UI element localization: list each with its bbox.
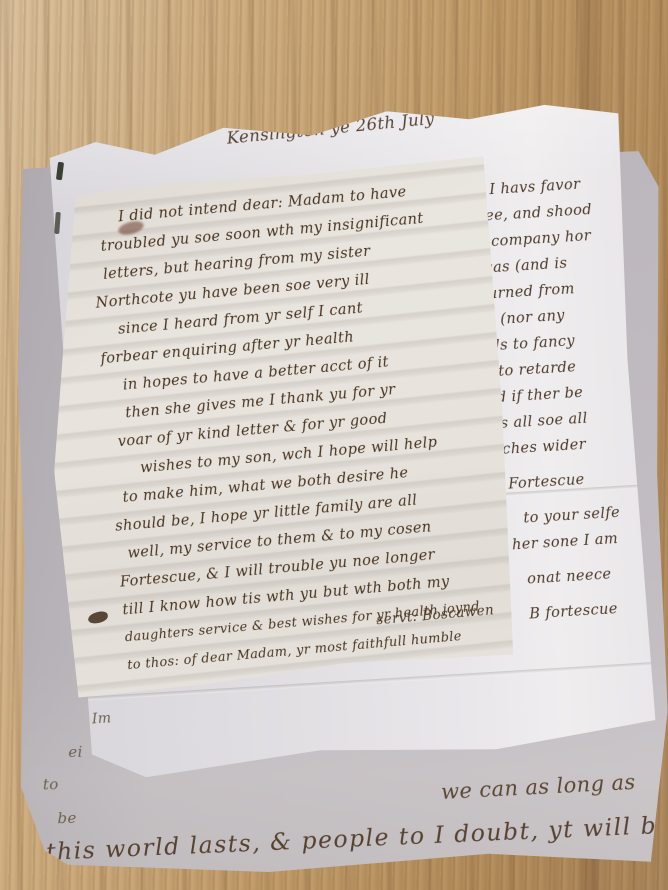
letter-line-fragment: to	[43, 775, 59, 793]
letter-body: I did not intend dear: Madam to have tro…	[87, 172, 516, 650]
letter-line-fragment: Im	[91, 704, 122, 735]
letter-line: this world lasts, & people to I doubt, y…	[46, 810, 668, 866]
letter-line: we can as long as	[440, 770, 636, 804]
letter-dateline: Kensington ye 26th July	[226, 109, 435, 148]
letter-line-fragment: be	[57, 809, 77, 827]
letter-line-fragment: ei	[68, 743, 83, 761]
photo-of-manuscript-letters: ei to be we can as long as this world la…	[0, 0, 668, 890]
